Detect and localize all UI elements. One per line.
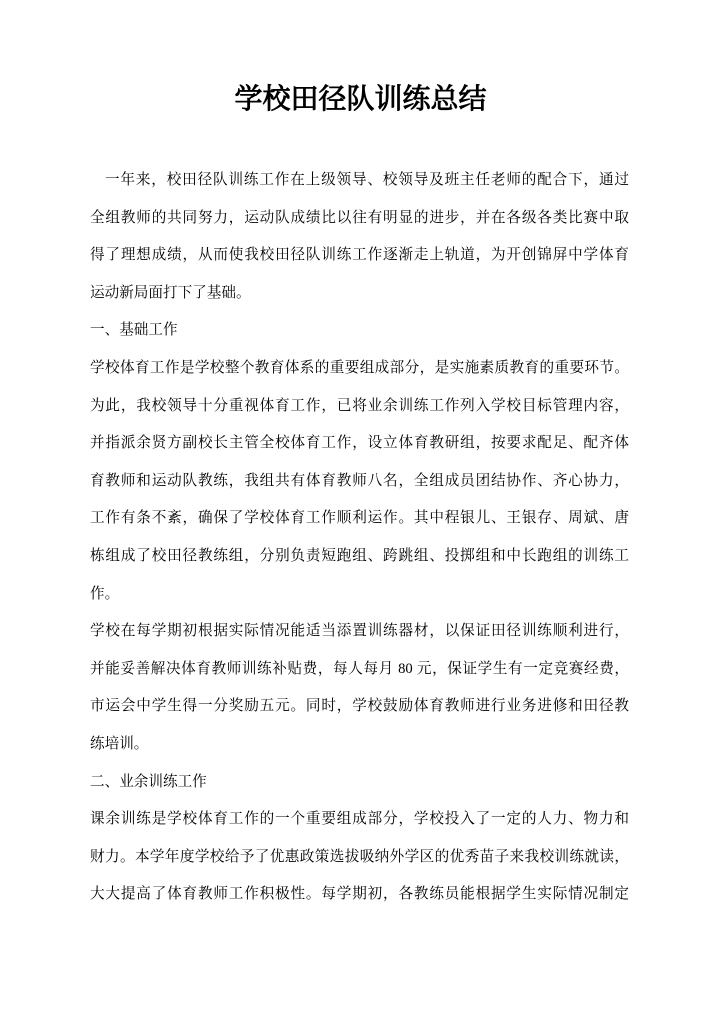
text-line: 育教师和运动队教练，我组共有体育教师八名，全组成员团结协作、齐心协力， — [90, 463, 629, 501]
section-heading-1: 一、基础工作 — [90, 312, 629, 350]
section-heading-2: 二、业余训练工作 — [90, 764, 629, 802]
document-body: 一年来，校田径队训练工作在上级领导、校领导及班主任老师的配合下，通过 全组教师的… — [90, 162, 629, 914]
text-line: 财力。本学年度学校给予了优惠政策选拔吸纳外学区的优秀苗子来我校训练就读， — [90, 839, 629, 877]
document-title: 学校田径队训练总结 — [0, 80, 721, 120]
paragraph-amateur-training: 课余训练是学校体育工作的一个重要组成部分，学校投入了一定的人力、物力和 财力。本… — [90, 801, 629, 914]
text-line: 大大提高了体育教师工作积极性。每学期初，各教练员能根据学生实际情况制定 — [90, 876, 629, 914]
paragraph-intro: 一年来，校田径队训练工作在上级领导、校领导及班主任老师的配合下，通过 全组教师的… — [90, 162, 629, 312]
paragraph-funding: 学校在每学期初根据实际情况能适当添置训练器材，以保证田径训练顺利进行， 并能妥善… — [90, 613, 629, 763]
heading-line: 一、基础工作 — [90, 312, 629, 350]
paragraph-basic-work: 学校体育工作是学校整个教育体系的重要组成部分，是实施素质教育的重要环节。 为此，… — [90, 350, 629, 613]
text-line: 练培训。 — [90, 726, 629, 764]
text-line: 为此，我校领导十分重视体育工作，已将业余训练工作列入学校目标管理内容， — [90, 388, 629, 426]
text-line: 运动新局面打下了基础。 — [90, 275, 629, 313]
text-line: 学校在每学期初根据实际情况能适当添置训练器材，以保证田径训练顺利进行， — [90, 613, 629, 651]
text-line: 学校体育工作是学校整个教育体系的重要组成部分，是实施素质教育的重要环节。 — [90, 350, 629, 388]
text-line: 栋组成了校田径教练组，分别负责短跑组、跨跳组、投掷组和中长跑组的训练工 — [90, 538, 629, 576]
heading-line: 二、业余训练工作 — [90, 764, 629, 802]
text-line: 全组教师的共同努力，运动队成绩比以往有明显的进步，并在各级各类比赛中取 — [90, 200, 629, 238]
text-line: 并能妥善解决体育教师训练补贴费，每人每月 80 元，保证学生有一定竞赛经费， — [90, 651, 629, 689]
text-line: 得了理想成绩，从而使我校田径队训练工作逐渐走上轨道，为开创锦屏中学体育 — [90, 237, 629, 275]
text-line: 并指派余贤方副校长主管全校体育工作，设立体育教研组，按要求配足、配齐体 — [90, 425, 629, 463]
text-line: 一年来，校田径队训练工作在上级领导、校领导及班主任老师的配合下，通过 — [90, 162, 629, 200]
document-page: 学校田径队训练总结 一年来，校田径队训练工作在上级领导、校领导及班主任老师的配合… — [0, 0, 721, 1020]
text-line: 课余训练是学校体育工作的一个重要组成部分，学校投入了一定的人力、物力和 — [90, 801, 629, 839]
text-line: 作。 — [90, 576, 629, 614]
text-line: 工作有条不紊，确保了学校体育工作顺利运作。其中程银儿、王银存、周斌、唐 — [90, 500, 629, 538]
text-line: 市运会中学生得一分奖励五元。同时，学校鼓励体育教师进行业务进修和田径教 — [90, 688, 629, 726]
